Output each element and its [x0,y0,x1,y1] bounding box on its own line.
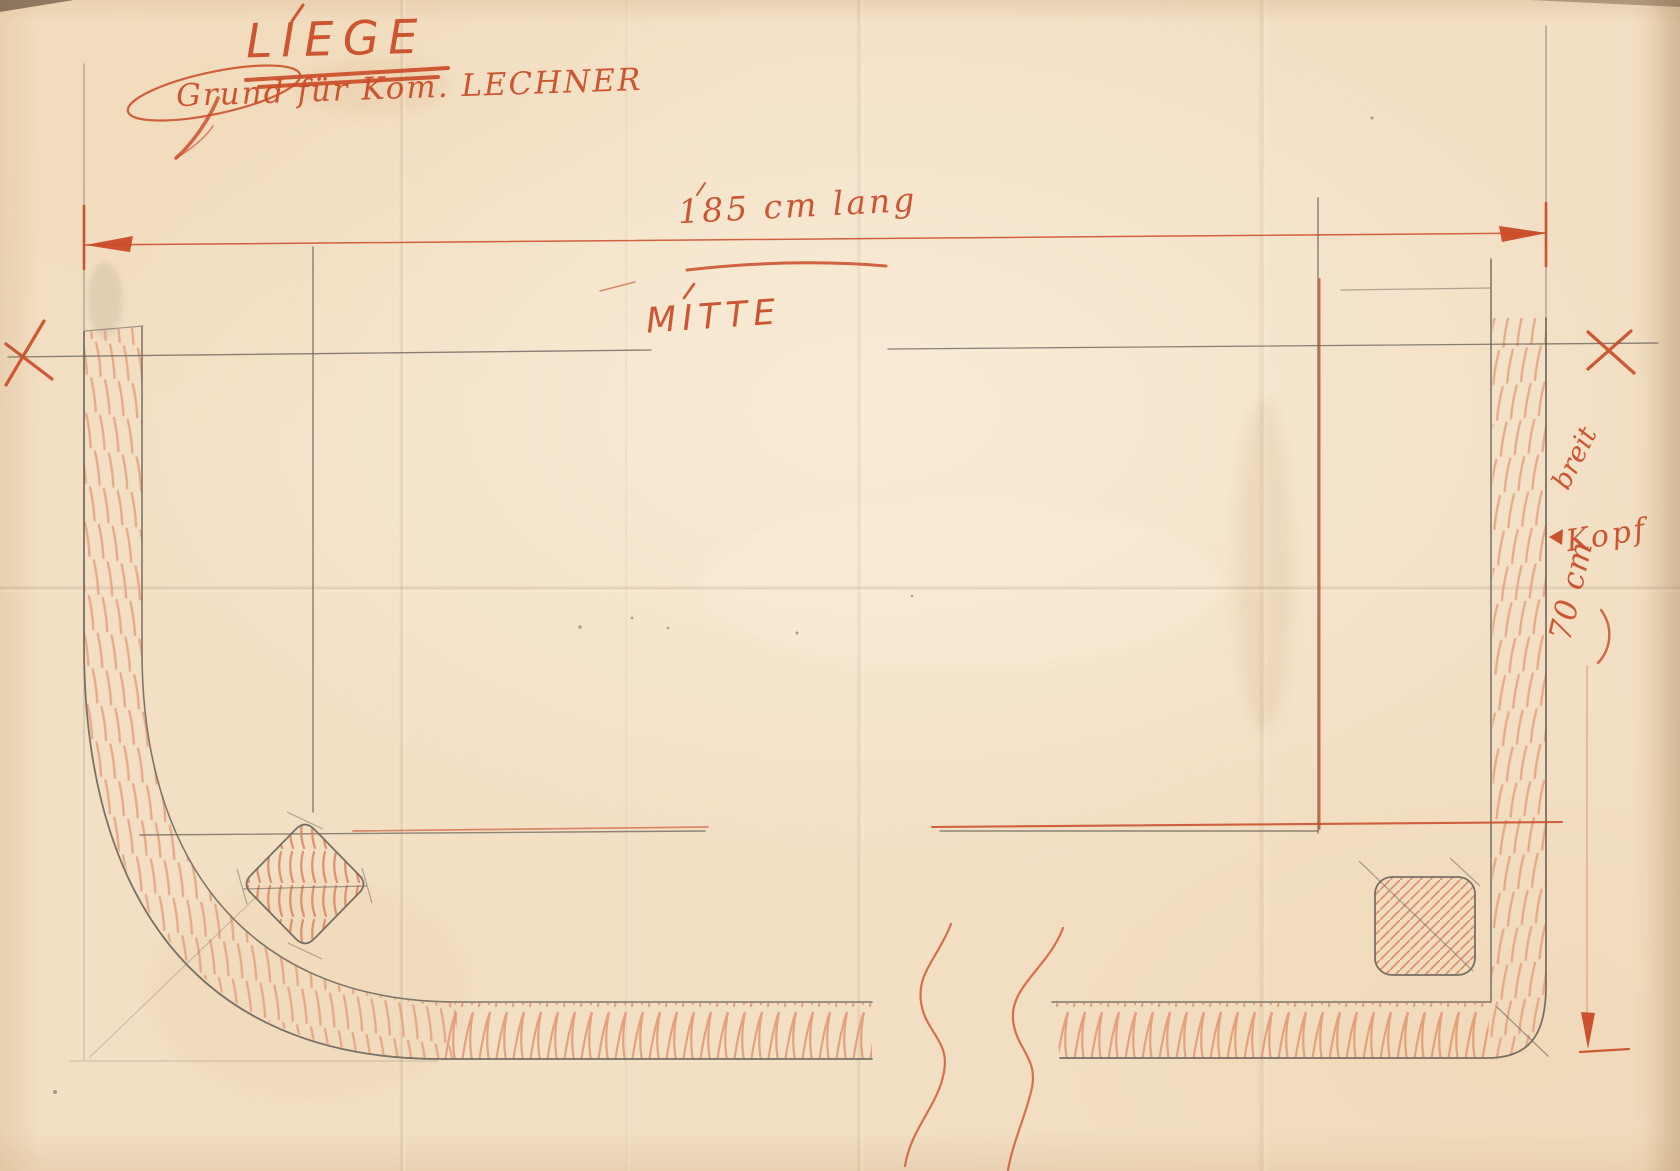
corner-post-right [1359,858,1480,975]
left-rail-hatch [84,327,458,1059]
center-line [8,343,1658,357]
register-mark-left [6,321,52,385]
bottom-rail-hatch [442,962,1546,1059]
paper-sheet: LIEGE Grund für Kom. LECHNER 185 cm lang… [0,0,1680,1171]
register-mark-right [1588,331,1634,373]
break-lines [905,924,1063,1170]
technical-drawing [0,0,1680,1171]
head-arrow-icon [1549,529,1563,545]
red-guide-lines [353,279,1562,831]
drawing-title: LIEGE [245,10,427,70]
mitte-i-accent [684,284,694,298]
right-rail-hatch [1493,318,1547,964]
